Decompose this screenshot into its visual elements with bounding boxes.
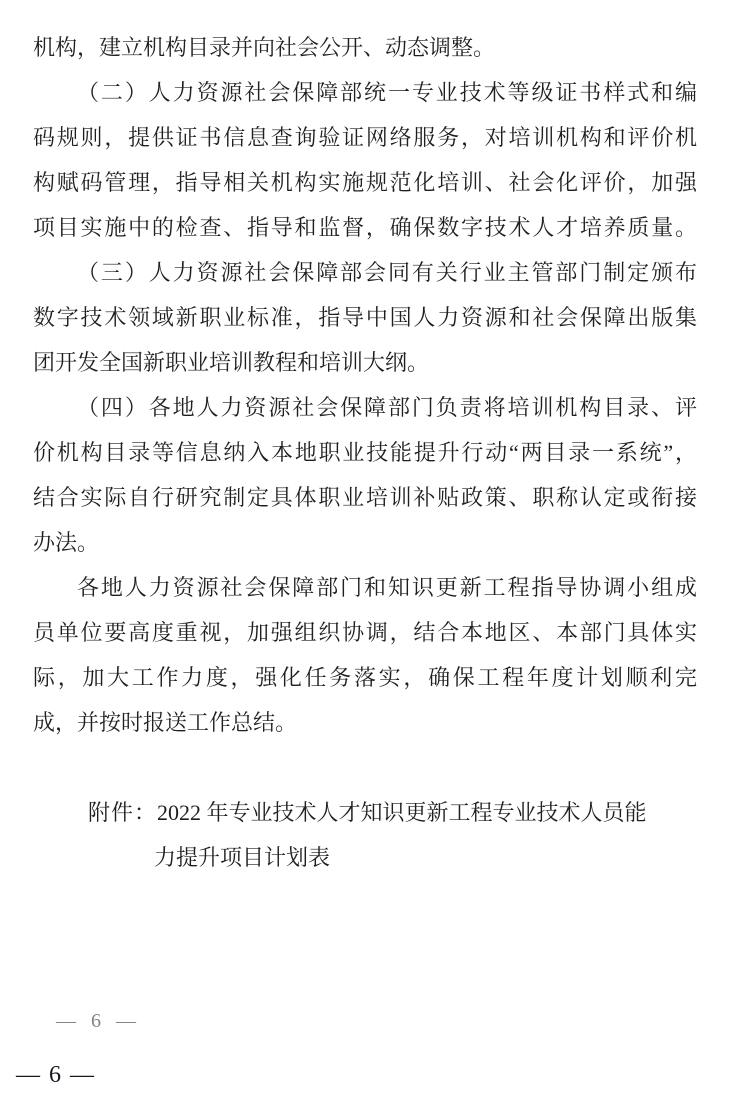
- document-page: 机构，建立机构目录并向社会公开、动态调整。 （二）人力资源社会保障部统一专业技术…: [0, 0, 730, 1117]
- text-line: （四）各地人力资源社会保障部门负责将培训机构目录、评: [33, 385, 697, 430]
- text-line: 数字技术领域新职业标准，指导中国人力资源和社会保障出版集: [33, 295, 697, 340]
- attachment-text: 2022 年专业技术人才知识更新工程专业技术人员能: [157, 800, 647, 825]
- text-line: 团开发全国新职业培训教程和培训大纲。: [33, 340, 697, 385]
- text-line: 办法。: [33, 520, 697, 565]
- text-line: 码规则，提供证书信息查询验证网络服务，对培训机构和评价机: [33, 115, 697, 160]
- text-line: 各地人力资源社会保障部门和知识更新工程指导协调小组成: [33, 565, 697, 610]
- text-line: 员单位要高度重视，加强组织协调，结合本地区、本部门具体实: [33, 610, 697, 655]
- page-number-outer: — 6 —: [16, 1063, 94, 1087]
- text-line: 机构，建立机构目录并向社会公开、动态调整。: [33, 25, 697, 70]
- document-body: 机构，建立机构目录并向社会公开、动态调整。 （二）人力资源社会保障部统一专业技术…: [33, 25, 697, 880]
- text-line: 构赋码管理，指导相关机构实施规范化培训、社会化评价，加强: [33, 160, 697, 205]
- attachment-line-1: 附件：2022 年专业技术人才知识更新工程专业技术人员能: [88, 790, 697, 835]
- text-line: 成，并按时报送工作总结。: [33, 700, 697, 745]
- attachment-text-continued: 力提升项目计划表: [154, 845, 330, 870]
- text-line: 项目实施中的检查、指导和监督，确保数字技术人才培养质量。: [33, 205, 697, 250]
- attachment-line-2: 力提升项目计划表: [88, 835, 697, 880]
- text-line: （二）人力资源社会保障部统一专业技术等级证书样式和编: [33, 70, 697, 115]
- text-line: 结合实际自行研究制定具体职业培训补贴政策、职称认定或衔接: [33, 475, 697, 520]
- text-line: 际，加大工作力度，强化任务落实，确保工程年度计划顺利完: [33, 655, 697, 700]
- page-number-inner: — 6 —: [56, 1011, 136, 1031]
- attachment-label: 附件：: [88, 800, 157, 825]
- text-line: 价机构目录等信息纳入本地职业技能提升行动“两目录一系统”，: [33, 430, 697, 475]
- text-line: （三）人力资源社会保障部会同有关行业主管部门制定颁布: [33, 250, 697, 295]
- attachment-note: 附件：2022 年专业技术人才知识更新工程专业技术人员能 力提升项目计划表: [88, 790, 697, 880]
